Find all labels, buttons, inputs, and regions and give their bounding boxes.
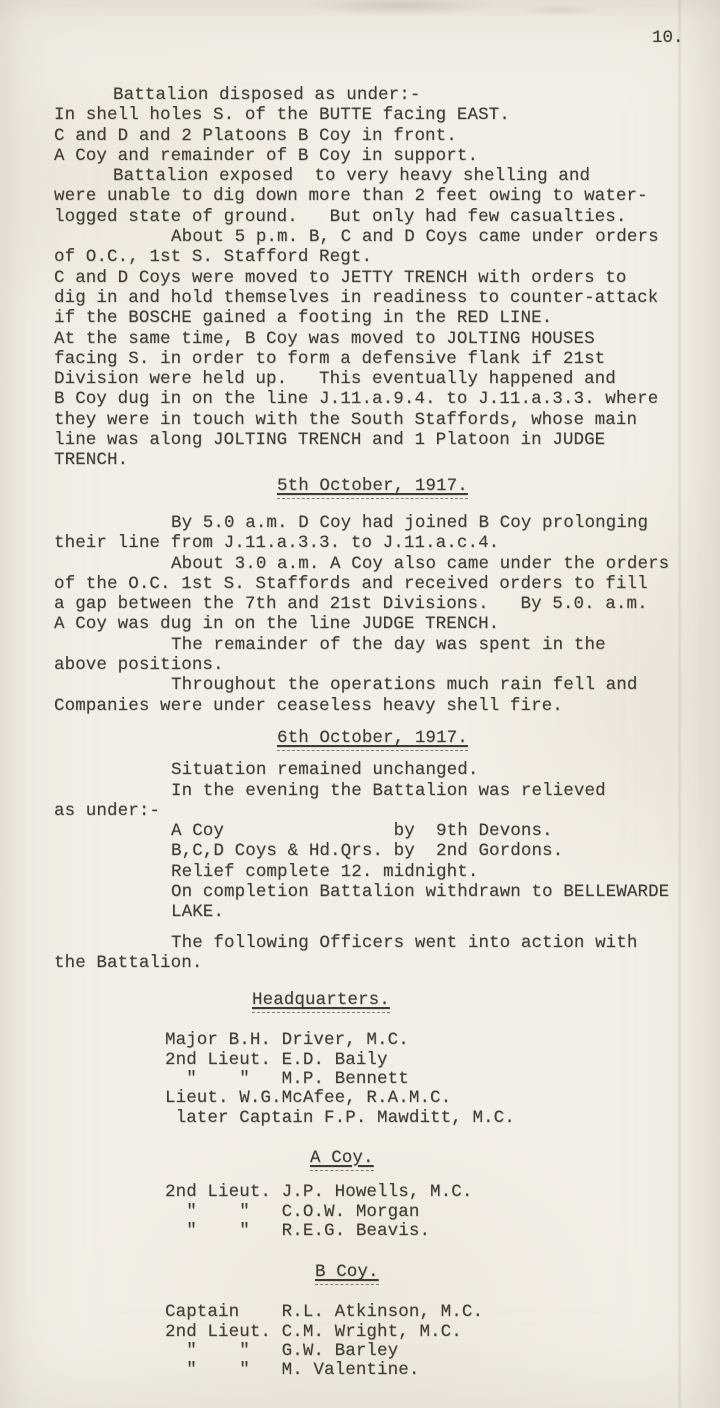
- document-section: Major B.H. Driver, M.C.2nd Lieut. E.D. B…: [54, 1031, 694, 1127]
- document-line: of O.C., 1st S. Stafford Regt.: [54, 247, 694, 267]
- document-section: 2nd Lieut. J.P. Howells, M.C. " " C.O.W.…: [54, 1183, 694, 1241]
- document-line: " " M. Valentine.: [165, 1361, 694, 1380]
- page-text: Battalion disposed as under:-In shell ho…: [54, 85, 694, 1381]
- document-line: Throughout the operations much rain fell…: [171, 675, 694, 695]
- document-line: C and D Coys were moved to JETTY TRENCH …: [54, 268, 694, 288]
- document-line: By 5.0 a.m. D Coy had joined B Coy prolo…: [171, 513, 694, 533]
- document-line: Situation remained unchanged.: [171, 760, 694, 780]
- document-line: A Coy was dug in on the line JUDGE TRENC…: [54, 614, 694, 634]
- document-line: C and D and 2 Platoons B Coy in front.: [54, 126, 694, 146]
- document-line: later Captain F.P. Mawditt, M.C.: [165, 1109, 694, 1128]
- document-line: a gap between the 7th and 21st Divisions…: [54, 594, 694, 614]
- document-line: line was along JOLTING TRENCH and 1 Plat…: [54, 430, 694, 450]
- document-line: Captain R.L. Atkinson, M.C.: [165, 1303, 694, 1322]
- document-line: LAKE.: [171, 902, 694, 922]
- document-line: Companies were under ceaseless heavy she…: [54, 696, 694, 716]
- document-line: facing S. in order to form a defensive f…: [54, 349, 694, 369]
- document-page: 10. Battalion disposed as under:-In shel…: [0, 0, 720, 1408]
- section-heading: 6th October, 1917.: [277, 728, 694, 748]
- document-line: 2nd Lieut. E.D. Baily: [165, 1051, 694, 1070]
- document-line: their line from J.11.a.3.3. to J.11.a.c.…: [54, 533, 694, 553]
- document-section: By 5.0 a.m. D Coy had joined B Coy prolo…: [54, 513, 694, 716]
- heading-text: Headquarters.: [252, 990, 390, 1013]
- document-line: About 5 p.m. B, C and D Coys came under …: [171, 227, 694, 247]
- document-line: TRENCH.: [54, 450, 694, 470]
- document-line: On completion Battalion withdrawn to BEL…: [171, 882, 694, 902]
- page-number: 10.: [652, 28, 684, 48]
- document-line: A Coy and remainder of B Coy in support.: [54, 146, 694, 166]
- document-line: logged state of ground. But only had few…: [54, 207, 694, 227]
- section-heading: A Coy.: [310, 1148, 694, 1168]
- heading-text: 6th October, 1917.: [277, 728, 468, 751]
- document-line: Relief complete 12. midnight.: [171, 862, 694, 882]
- document-line: " " G.W. Barley: [165, 1342, 694, 1361]
- document-line: B,C,D Coys & Hd.Qrs. by 2nd Gordons.: [171, 841, 694, 861]
- document-line: " " C.O.W. Morgan: [165, 1203, 694, 1222]
- document-line: At the same time, B Coy was moved to JOL…: [54, 329, 694, 349]
- document-line: 2nd Lieut. J.P. Howells, M.C.: [165, 1183, 694, 1202]
- document-line: above positions.: [54, 655, 694, 675]
- document-line: In shell holes S. of the BUTTE facing EA…: [54, 105, 694, 125]
- document-line: if the BOSCHE gained a footing in the RE…: [54, 308, 694, 328]
- section-heading: 5th October, 1917.: [277, 476, 694, 496]
- document-line: of the O.C. 1st S. Staffords and receive…: [54, 574, 694, 594]
- document-line: In the evening the Battalion was relieve…: [171, 781, 694, 801]
- heading-text: A Coy.: [310, 1148, 374, 1171]
- document-section: Battalion disposed as under:-In shell ho…: [54, 85, 694, 471]
- document-line: The following Officers went into action …: [171, 933, 694, 953]
- document-line: A Coy by 9th Devons.: [171, 821, 694, 841]
- document-line: The remainder of the day was spent in th…: [171, 635, 694, 655]
- document-line: Battalion exposed to very heavy shelling…: [113, 166, 694, 186]
- document-line: Battalion disposed as under:-: [113, 85, 694, 105]
- heading-text: B Coy.: [315, 1262, 379, 1285]
- section-heading: B Coy.: [315, 1262, 694, 1282]
- document-line: were unable to dig down more than 2 feet…: [54, 186, 694, 206]
- document-line: the Battalion.: [54, 953, 694, 973]
- document-section: Situation remained unchanged.In the even…: [54, 760, 694, 922]
- document-line: B Coy dug in on the line J.11.a.9.4. to …: [54, 389, 694, 409]
- document-line: Major B.H. Driver, M.C.: [165, 1031, 694, 1050]
- document-line: " " R.E.G. Beavis.: [165, 1222, 694, 1241]
- section-heading: Headquarters.: [252, 990, 694, 1010]
- document-line: as under:-: [54, 801, 694, 821]
- document-line: they were in touch with the South Staffo…: [54, 410, 694, 430]
- document-section: The following Officers went into action …: [54, 933, 694, 974]
- document-line: Division were held up. This eventually h…: [54, 369, 694, 389]
- document-line: dig in and hold themselves in readiness …: [54, 288, 694, 308]
- document-line: 2nd Lieut. C.M. Wright, M.C.: [165, 1323, 694, 1342]
- document-line: About 3.0 a.m. A Coy also came under the…: [171, 554, 694, 574]
- document-line: " " M.P. Bennett: [165, 1070, 694, 1089]
- document-section: Captain R.L. Atkinson, M.C.2nd Lieut. C.…: [54, 1303, 694, 1380]
- document-line: Lieut. W.G.McAfee, R.A.M.C.: [165, 1089, 694, 1108]
- heading-text: 5th October, 1917.: [277, 476, 468, 499]
